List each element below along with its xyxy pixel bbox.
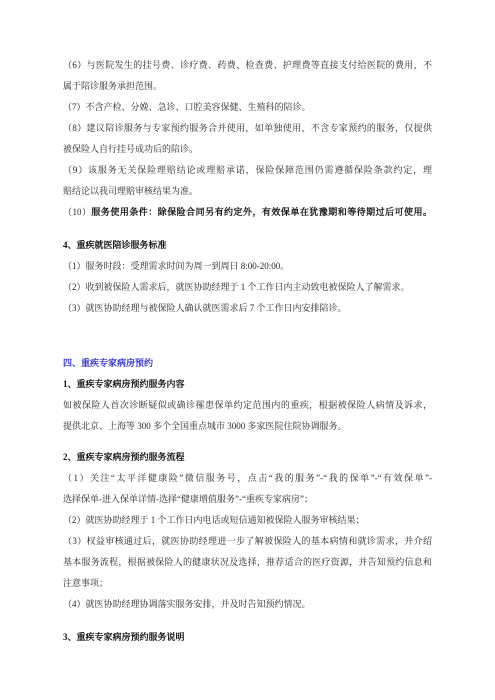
doc-line: 属于陪诊服务承担范围。 (63, 76, 432, 97)
doc-line: （1）关注“太平洋健康险”微信服务号，点击“我的服务”-“我的保单”-“有效保单… (63, 468, 432, 489)
doc-line: （4）就医协助经理协调落实服务安排，并及时告知预约情况。 (63, 594, 432, 615)
doc-line: 注意事项； (63, 573, 432, 594)
doc-text-segment: 选择保单-进入保单详情-选择“健康增值服务”-“重疾专家病房”； (63, 494, 313, 504)
doc-text-segment: 提供北京、上海等 300 多个全国重点城市 3000 多家医院住院协调服务。 (63, 421, 347, 431)
doc-line: 赔结论以我司理赔审核结果为准。 (63, 181, 432, 202)
doc-line: 2、重疾专家病房预约服务流程 (63, 447, 432, 468)
doc-line: （6）与医院发生的挂号费、诊疗费、药费、检查费、护理费等直接支付给医院的费用，不 (63, 55, 432, 76)
doc-line: （10）服务使用条件：除保险合同另有约定外，有效保单在犹豫期和等待期过后可使用。 (63, 202, 432, 223)
doc-line: 3、重疾专家病房预约服务说明 (63, 627, 432, 648)
doc-line: 被保险人自行挂号成功后的陪诊。 (63, 139, 432, 160)
doc-text-segment: 3、重疾专家病房预约服务说明 (63, 632, 185, 642)
doc-text-segment: （3）权益审核通过后，就医协助经理进一步了解被保险人的基本病情和就诊需求，并介绍 (63, 536, 432, 546)
doc-line: 基本服务流程，根据被保险人的健康状况及选择，推荐适合的医疗资源，并告知预约信息和 (63, 552, 432, 573)
doc-text-segment: 1、重疾专家病房预约服务内容 (63, 379, 185, 389)
doc-line: 4、重疾就医陪诊服务标准 (63, 235, 432, 256)
doc-text-segment: （4）就医协助经理协调落实服务安排，并及时告知预约情况。 (63, 599, 311, 609)
doc-text-segment: （2）就医协助经理于 1 个工作日内电话或短信通知被保险人服务审核结果； (63, 515, 365, 525)
doc-text-segment: 基本服务流程，根据被保险人的健康状况及选择，推荐适合的医疗资源，并告知预约信息和 (63, 557, 432, 567)
doc-text-segment: 赔结论以我司理赔审核结果为准。 (63, 186, 198, 196)
doc-text-segment: 被保险人自行挂号成功后的陪诊。 (63, 144, 198, 154)
doc-line: （2）就医协助经理于 1 个工作日内电话或短信通知被保险人服务审核结果； (63, 510, 432, 531)
doc-text-segment: 属于陪诊服务承担范围。 (63, 81, 162, 91)
doc-text-segment: 四、重疾专家病房预约 (63, 358, 153, 368)
doc-line: 1、重疾专家病房预约服务内容 (63, 374, 432, 395)
doc-text-segment: 4、重疾就医陪诊服务标准 (63, 240, 167, 250)
doc-line: （9）该服务无关保险理赔结论或理赔承诺，保险保障范围仍需遵循保险条款约定，理 (63, 160, 432, 181)
doc-text-segment: 服务使用条件：除保险合同另有约定外，有效保单在犹豫期和等待期过后可使用。 (91, 207, 432, 217)
doc-line: （3）就医协助经理与被保险人确认就医需求后 7 个工作日内安排陪诊。 (63, 298, 432, 319)
doc-text-segment: （8）建议陪诊服务与专家预约服务合并使用，如单独使用，不含专家预约的服务，仅提供 (63, 123, 432, 133)
doc-text-segment: 2、重疾专家病房预约服务流程 (63, 452, 185, 462)
doc-text-segment: （10） (63, 207, 91, 217)
doc-line: （2）收到被保险人需求后，就医协助经理于 1 个工作日内主动致电被保险人了解需求… (63, 277, 432, 298)
doc-line: （8）建议陪诊服务与专家预约服务合并使用，如单独使用，不含专家预约的服务，仅提供 (63, 118, 432, 139)
doc-line: （1）服务时段：受理需求时间为周一到周日 8:00-20:00。 (63, 256, 432, 277)
doc-text-segment: （2）收到被保险人需求后，就医协助经理于 1 个工作日内主动致电被保险人了解需求… (63, 282, 410, 292)
doc-line: （3）权益审核通过后，就医协助经理进一步了解被保险人的基本病情和就诊需求，并介绍 (63, 531, 432, 552)
doc-line: 如被保险人首次诊断疑似或确诊罹患保单约定范围内的重疾，根据被保险人病情及诉求， (63, 395, 432, 416)
doc-text-segment: （9）该服务无关保险理赔结论或理赔承诺，保险保障范围仍需遵循保险条款约定，理 (63, 165, 432, 175)
doc-text-segment: （1）关注“太平洋健康险”微信服务号，点击“我的服务”-“我的保单”-“有效保单… (63, 473, 432, 483)
doc-line: （7）不含产检、分娩、急诊、口腔美容保健、生殖科的陪诊。 (63, 97, 432, 118)
doc-text-segment: 如被保险人首次诊断疑似或确诊罹患保单约定范围内的重疾，根据被保险人病情及诉求， (63, 400, 432, 410)
doc-line: 提供北京、上海等 300 多个全国重点城市 3000 多家医院住院协调服务。 (63, 416, 432, 437)
doc-line: 四、重疾专家病房预约 (63, 353, 432, 374)
doc-text-segment: （7）不含产检、分娩、急诊、口腔美容保健、生殖科的陪诊。 (63, 102, 311, 112)
document-page: （6）与医院发生的挂号费、诊疗费、药费、检查费、护理费等直接支付给医院的费用，不… (0, 0, 495, 700)
doc-line: 选择保单-进入保单详情-选择“健康增值服务”-“重疾专家病房”； (63, 489, 432, 510)
doc-text-segment: 注意事项； (63, 578, 108, 588)
doc-text-segment: （1）服务时段：受理需求时间为周一到周日 8:00-20:00。 (63, 261, 289, 271)
doc-text-segment: （3）就医协助经理与被保险人确认就医需求后 7 个工作日内安排陪诊。 (63, 303, 347, 313)
doc-text-segment: （6）与医院发生的挂号费、诊疗费、药费、检查费、护理费等直接支付给医院的费用，不 (63, 60, 432, 70)
